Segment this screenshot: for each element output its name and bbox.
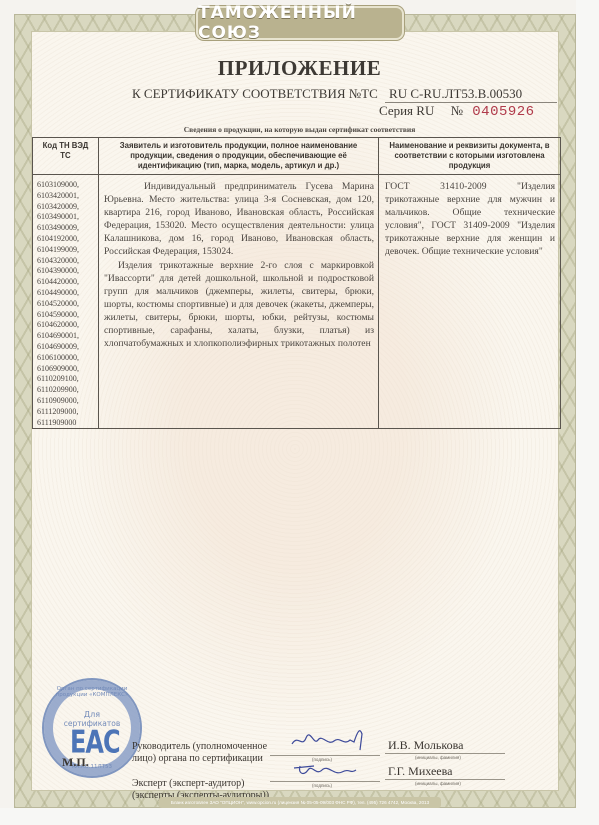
hs-code: 6104420000, xyxy=(37,277,95,288)
stamp-ring-text: Орган по сертификации продукции «КОМПЛЕК… xyxy=(44,686,140,698)
hs-code: 6106909000, xyxy=(37,364,95,375)
table-header-row: Код ТН ВЭД ТС Заявитель и изготовитель п… xyxy=(33,138,561,175)
product-text: Изделия трикотажные верхние 2-го слоя с … xyxy=(104,259,374,351)
table-caption: Сведения о продукции, на которую выдан с… xyxy=(0,125,599,134)
page-margin-right xyxy=(576,0,599,825)
seal-place-label: М.П. xyxy=(62,755,89,770)
series-line: Серия RU № 0405926 xyxy=(379,103,535,120)
applicant-product-cell: Индивидуальный предприниматель Гусева Ма… xyxy=(99,175,379,429)
hs-code: 6103490001, xyxy=(37,212,95,223)
hs-code: 6104520000, xyxy=(37,299,95,310)
head-name-line xyxy=(385,753,505,754)
expert-signature-line xyxy=(270,781,380,782)
hs-code: 6104390000, xyxy=(37,266,95,277)
page-margin-left xyxy=(0,0,14,825)
head-signature-icon xyxy=(288,726,368,754)
certificate-number: RU C-RU.ЛТ53.В.00530 xyxy=(385,86,557,103)
hs-code: 6103420001, xyxy=(37,191,95,202)
table-row: 6103109000,6103420001,6103420009,6103490… xyxy=(33,175,561,429)
header-applicant: Заявитель и изготовитель продукции, полн… xyxy=(99,138,379,175)
hs-codes-cell: 6103109000,6103420001,6103420009,6103490… xyxy=(33,175,99,429)
series-value: RU xyxy=(416,103,434,118)
serial-prefix: № xyxy=(451,103,463,118)
product-table: Код ТН ВЭД ТС Заявитель и изготовитель п… xyxy=(32,137,561,429)
hs-code: 6104620000, xyxy=(37,320,95,331)
printer-footer: Бланк изготовлен ЗАО "ОПЦИОН", www.opcio… xyxy=(159,797,441,808)
certificate-reference: К СЕРТИФИКАТУ СООТВЕТСТВИЯ №ТС RU C-RU.Л… xyxy=(132,86,557,103)
hs-code: 6104199009, xyxy=(37,245,95,256)
hs-code: 6111909000 xyxy=(37,418,95,429)
hs-code: 6110209900, xyxy=(37,385,95,396)
hs-code: 6110909000, xyxy=(37,396,95,407)
hs-code: 6103490009, xyxy=(37,223,95,234)
hs-code: 6103420009, xyxy=(37,202,95,213)
certificate-label: К СЕРТИФИКАТУ СООТВЕТСТВИЯ xyxy=(132,86,346,101)
series-label: Серия xyxy=(379,103,413,118)
hs-code: 6106100000, xyxy=(37,353,95,364)
applicant-text: Индивидуальный предприниматель Гусева Ма… xyxy=(104,180,374,259)
head-label-line-1: Руководитель (уполномоченное xyxy=(132,741,267,753)
head-signature-line xyxy=(270,755,380,756)
page-margin-bottom xyxy=(0,808,599,825)
document-title: ПРИЛОЖЕНИЕ xyxy=(0,56,599,81)
expert-name: Г.Г. Михеева xyxy=(388,764,452,779)
expert-signature-icon xyxy=(290,760,360,782)
stamp-registration: RA.RU.11ЛТ53 xyxy=(44,764,140,770)
customs-union-banner: ТАМОЖЕННЫЙ СОЮЗ xyxy=(198,8,402,38)
hs-code: 6104690009, xyxy=(37,342,95,353)
standards-cell: ГОСТ 31410-2009 "Изделия трикотажные вер… xyxy=(379,175,561,429)
hs-code: 6111209000, xyxy=(37,407,95,418)
expert-name-caption: (инициалы, фамилия) xyxy=(415,781,461,786)
hs-code: 6104192000, xyxy=(37,234,95,245)
hs-code: 6104690001, xyxy=(37,331,95,342)
hs-code: 6110209100, xyxy=(37,374,95,385)
serial-number: 0405926 xyxy=(472,104,534,120)
expert-label-line-1: Эксперт (эксперт-аудитор) xyxy=(132,778,269,790)
header-code: Код ТН ВЭД ТС xyxy=(33,138,99,175)
head-name: И.В. Молькова xyxy=(388,738,463,753)
expert-signature-caption: (подпись) xyxy=(312,783,332,788)
head-signatory-label: Руководитель (уполномоченное лицо) орган… xyxy=(132,741,267,765)
hs-code: 6104490000, xyxy=(37,288,95,299)
hs-code: 6103109000, xyxy=(37,180,95,191)
certificate-number-prefix: №ТС xyxy=(349,86,378,101)
stamp-line-1: Для xyxy=(44,710,140,719)
hs-code: 6104590000, xyxy=(37,310,95,321)
expert-name-line xyxy=(385,779,505,780)
head-label-line-2: лицо) органа по сертификации xyxy=(132,753,267,765)
hs-code: 6104320000, xyxy=(37,256,95,267)
head-name-caption: (инициалы, фамилия) xyxy=(415,755,461,760)
header-documents: Наименование и реквизиты документа, в со… xyxy=(379,138,561,175)
certification-stamp: Орган по сертификации продукции «КОМПЛЕК… xyxy=(42,678,142,778)
